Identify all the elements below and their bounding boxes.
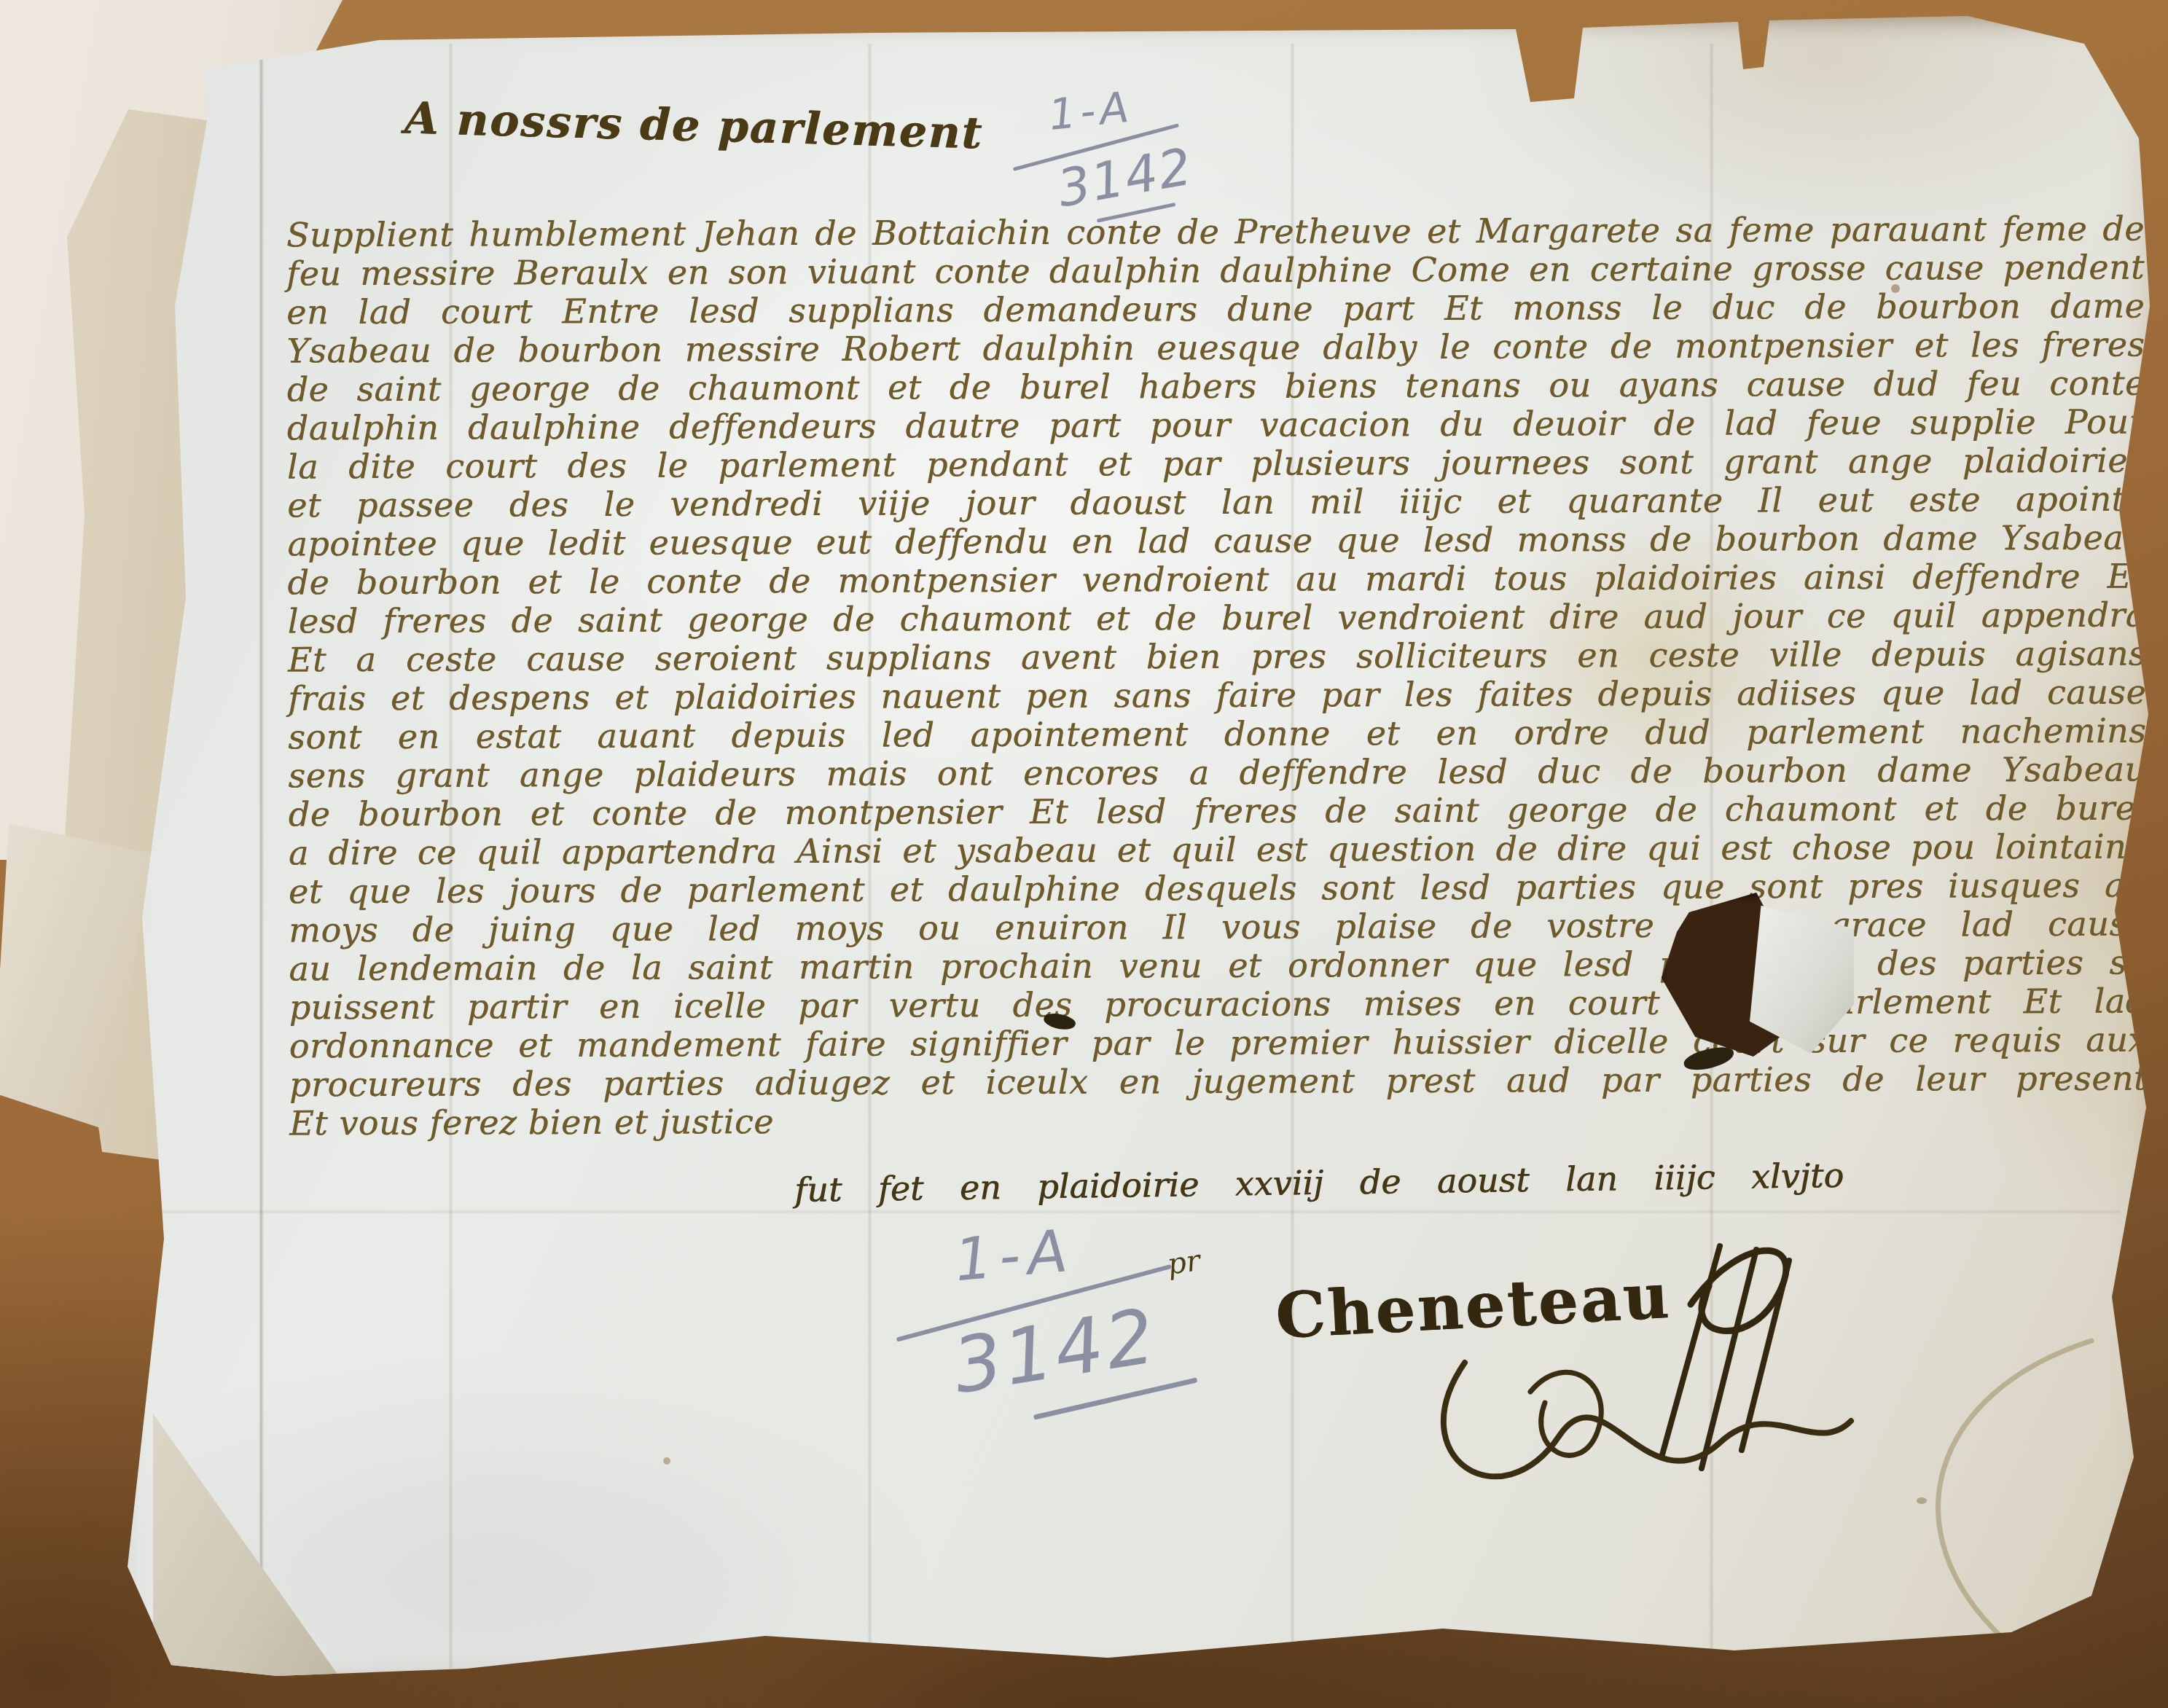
stain-spot bbox=[663, 1457, 670, 1465]
fold-crease bbox=[259, 58, 264, 1661]
archival-number-bottom: 1-A 3142 bbox=[907, 1207, 1199, 1418]
marginal-ink-mark: pr bbox=[1165, 1244, 1202, 1282]
clerk-signature: Cheneteau bbox=[1274, 1259, 1672, 1353]
photo-of-manuscript: A nossrs de parlement 1-A 3142 Supplient… bbox=[0, 0, 2168, 1708]
faint-ink-curve bbox=[1844, 1326, 2150, 1661]
archival-number-top: 1-A 3142 bbox=[1017, 77, 1197, 226]
stain-spot bbox=[1891, 284, 1900, 293]
archival-number-bottom-line1: 1-A bbox=[952, 1207, 1189, 1294]
bottom-left-corner-fold bbox=[153, 1414, 344, 1683]
manuscript-line: procureurs des parties adiugez et iceulx… bbox=[289, 1059, 2148, 1105]
heading-inscription: A nossrs de parlement bbox=[404, 93, 984, 160]
manuscript-document: A nossrs de parlement 1-A 3142 Supplient… bbox=[109, 15, 2164, 1691]
manuscript-line: Et vous ferez bien et justice bbox=[289, 1098, 2148, 1143]
archival-number-top-line2: 3142 bbox=[1053, 136, 1197, 219]
date-line: fut fet en plaidoirie xxviij de aoust la… bbox=[794, 1156, 1844, 1210]
archival-number-top-line1: 1-A bbox=[1046, 77, 1188, 140]
body-text: Supplient humblement Jehan de Bottaichin… bbox=[286, 210, 2148, 1143]
stain-spot bbox=[1917, 1497, 1927, 1504]
